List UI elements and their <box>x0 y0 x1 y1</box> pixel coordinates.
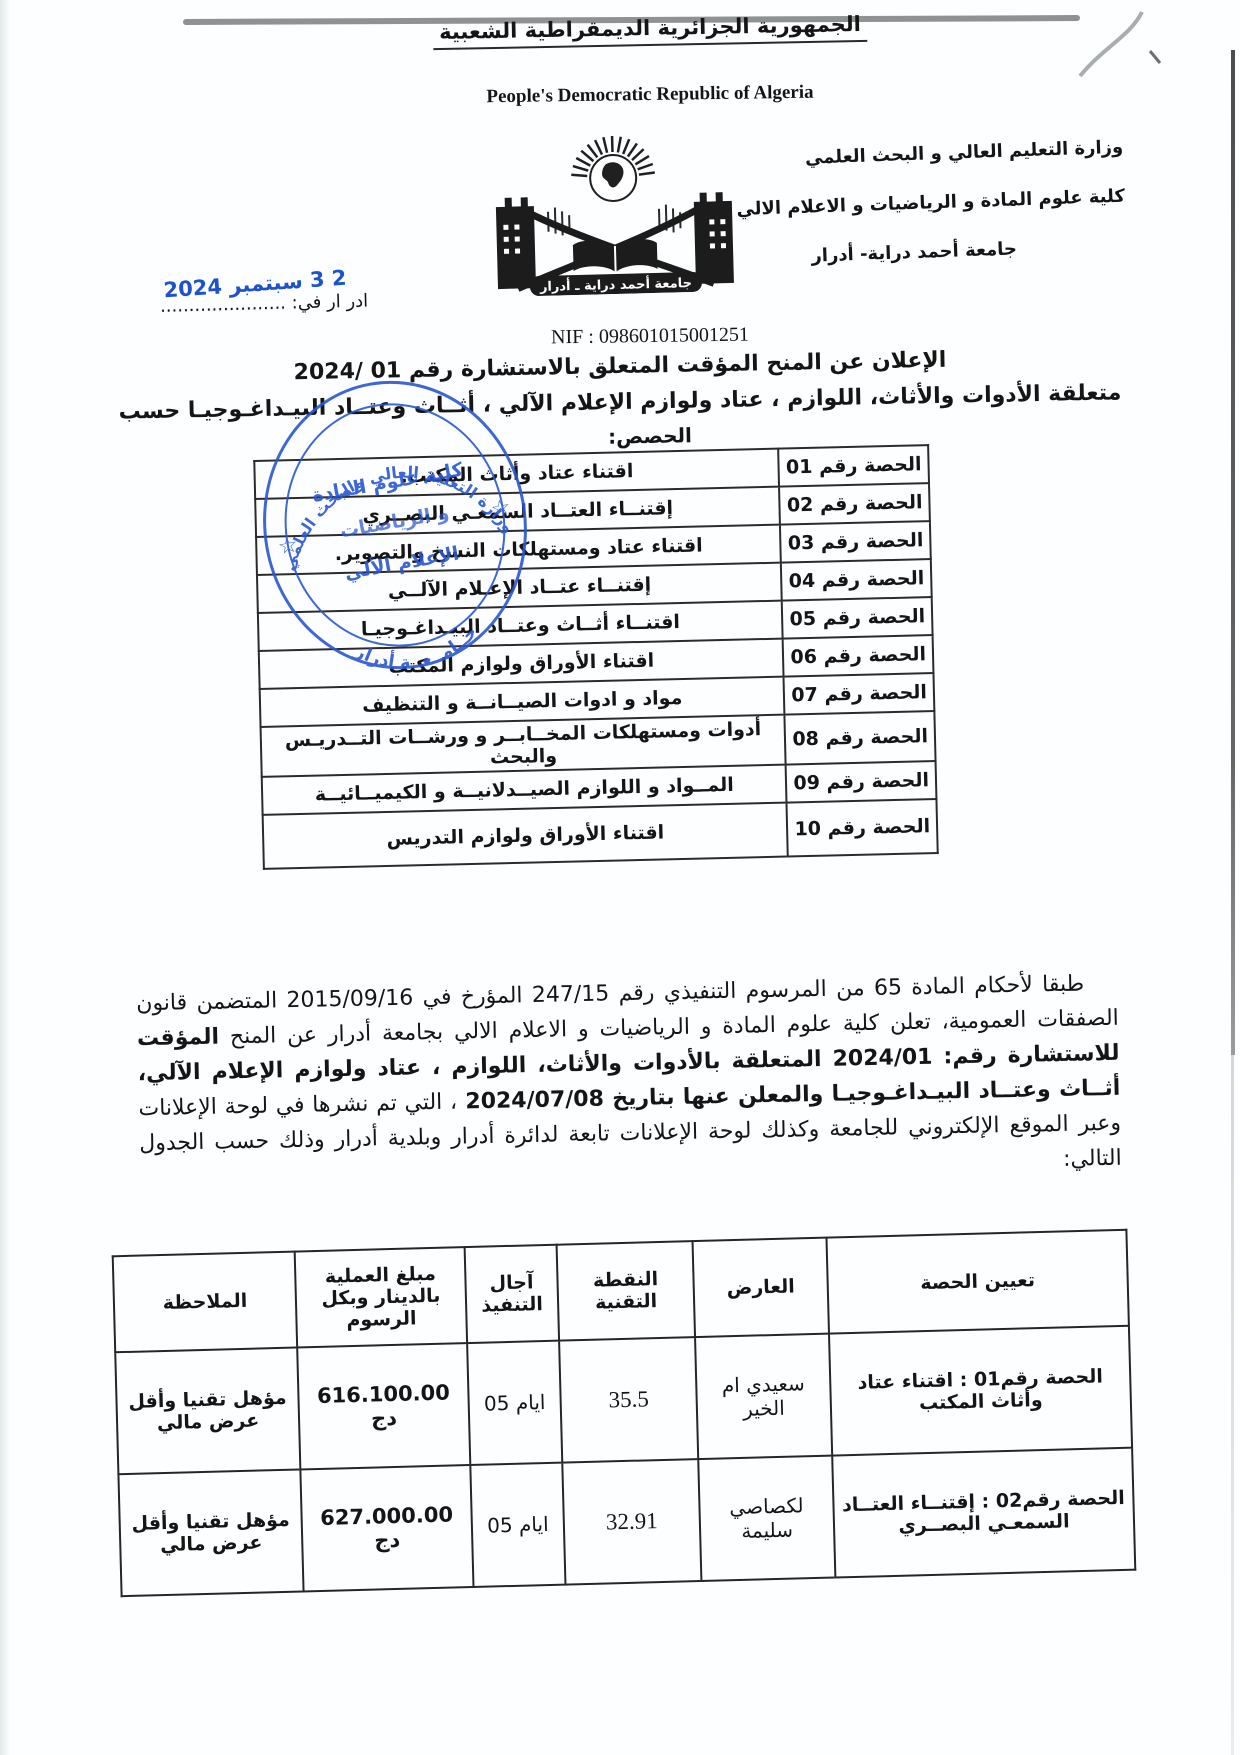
result-note: مؤهل تقنيا وأقل عرض مالي <box>115 1348 300 1475</box>
ministry-block: وزارة التعليم العالي و البحث العلمي كلية… <box>698 123 1128 285</box>
lot-number: الحصة رقم 07 <box>784 673 934 715</box>
scanned-document-page: الجمهورية الجزائرية الديمقراطية الشعبية … <box>0 0 1240 1755</box>
result-delay: 05 ايام <box>470 1463 565 1587</box>
results-table: تعيين الحصة العارض النقطة التقنية آجال ا… <box>112 1229 1137 1597</box>
col-header-lot: تعيين الحصة <box>826 1230 1128 1334</box>
col-header-delay: آجال التنفيذ <box>465 1245 559 1343</box>
lot-number: الحصة رقم 04 <box>781 559 931 601</box>
stamp-center-line3: الإعلام الألي <box>343 542 461 585</box>
country-title-english: People's Democratic Republic of Algeria <box>330 80 970 111</box>
result-note: مؤهل تقنيا وأقل عرض مالي <box>118 1469 303 1596</box>
results-table-wrapper: تعيين الحصة العارض النقطة التقنية آجال ا… <box>112 1229 1135 1597</box>
scan-right-edge-shadow <box>1231 50 1235 1055</box>
lot-number: الحصة رقم 06 <box>783 635 933 677</box>
result-bidder: سعيدي ام الخير <box>695 1334 832 1459</box>
paragraph-segment: طبقا لأحكام المادة 65 من المرسوم التنفيذ… <box>136 971 1119 1049</box>
lot-number: الحصة رقم 01 <box>779 445 929 487</box>
announcement-title: الإعلان عن المنح المؤقت المتعلق بالاستشا… <box>150 345 1090 388</box>
lot-number: الحصة رقم 02 <box>779 483 929 525</box>
lot-number: الحصة رقم 10 <box>787 799 938 857</box>
result-lot: الحصة رقم02 : إقتنــاء العتــاد السمعـي … <box>832 1448 1135 1578</box>
stamp-star-left-icon: ☆ <box>276 532 300 560</box>
lot-number: الحصة رقم 03 <box>780 521 930 563</box>
faculty-round-stamp: وزارة التعليم العالي والبحث العلمي جــام… <box>228 349 563 700</box>
col-header-score: النقطة التقنية <box>557 1241 695 1341</box>
result-amount: 627.000.00 دج <box>300 1465 473 1591</box>
lot-number: الحصة رقم 08 <box>785 711 936 765</box>
nif-number: NIF : 098601015001251 <box>330 321 970 353</box>
scan-crease-mark <box>1050 6 1210 96</box>
table-row: الحصة رقم02 : إقتنــاء العتــاد السمعـي … <box>118 1448 1135 1597</box>
result-score: 35.5 <box>559 1337 698 1463</box>
result-amount: 616.100.00 دج <box>297 1343 470 1469</box>
scan-right-edge-shadow-lower <box>1231 1055 1234 1755</box>
stamp-center-line2: و الرياضيات <box>338 502 451 543</box>
col-header-amount: مبلغ العملية بالدينار وبكل الرسوم <box>295 1247 467 1347</box>
lot-desc: اقتناء الأوراق ولوازم التدريس <box>263 803 789 869</box>
open-book-icon <box>573 239 658 273</box>
lot-number: الحصة رقم 05 <box>782 597 932 639</box>
stamp-star-right-icon: ☆ <box>489 495 513 523</box>
date-line-label: ادر ار في: <box>291 290 368 313</box>
result-bidder: لكصاصي سليمة <box>698 1456 835 1581</box>
result-score: 32.91 <box>562 1459 701 1585</box>
announcement-paragraph: طبقا لأحكام المادة 65 من المرسوم التنفيذ… <box>136 966 1122 1197</box>
col-header-bidder: العارض <box>693 1238 829 1337</box>
col-header-note: الملاحظة <box>113 1252 297 1353</box>
scan-left-edge-tint <box>0 0 10 1755</box>
lot-number: الحصة رقم 09 <box>786 761 936 803</box>
result-lot: الحصة رقم01 : اقتناء عتاد وأثاث المكتب <box>829 1326 1132 1456</box>
country-title-arabic: الجمهورية الجزائرية الديمقراطية الشعبية <box>330 10 970 46</box>
result-delay: 05 ايام <box>467 1341 562 1465</box>
